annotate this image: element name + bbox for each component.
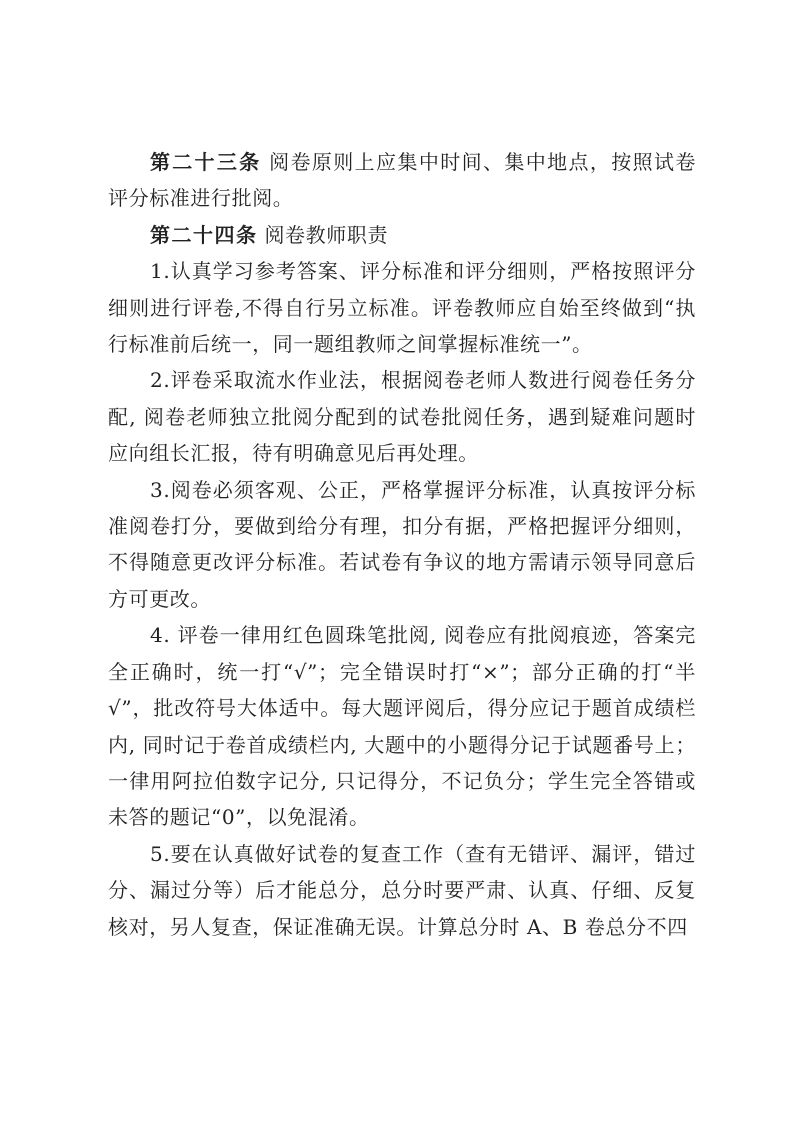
duty-item-3: 3.阅卷必须客观、公正，严格掌握评分标准，认真按评分标准阅卷打分，要做到给分有理… <box>108 472 696 618</box>
article-24-title: 第二十四条 <box>150 223 258 247</box>
article-24-paragraph: 第二十四条 阅卷教师职责 <box>108 217 696 253</box>
article-24-text: 阅卷教师职责 <box>258 223 389 247</box>
article-23-title: 第二十三条 <box>150 150 261 174</box>
duty-item-1: 1.认真学习参考答案、评分标准和评分细则，严格按照评分细则进行评卷,不得自行另立… <box>108 253 696 362</box>
duty-item-2: 2.评卷采取流水作业法，根据阅卷老师人数进行阅卷任务分配, 阅卷老师独立批阅分配… <box>108 362 696 471</box>
article-23-paragraph: 第二十三条 阅卷原则上应集中时间、集中地点，按照试卷评分标准进行批阅。 <box>108 144 696 217</box>
duty-item-4: 4. 评卷一律用红色圆珠笔批阅, 阅卷应有批阅痕迹，答案完全正确时，统一打“√”… <box>108 617 696 835</box>
document-page: 第二十三条 阅卷原则上应集中时间、集中地点，按照试卷评分标准进行批阅。 第二十四… <box>108 144 696 945</box>
duty-item-5: 5.要在认真做好试卷的复查工作（查有无错评、漏评，错过分、漏过分等）后才能总分，… <box>108 836 696 945</box>
